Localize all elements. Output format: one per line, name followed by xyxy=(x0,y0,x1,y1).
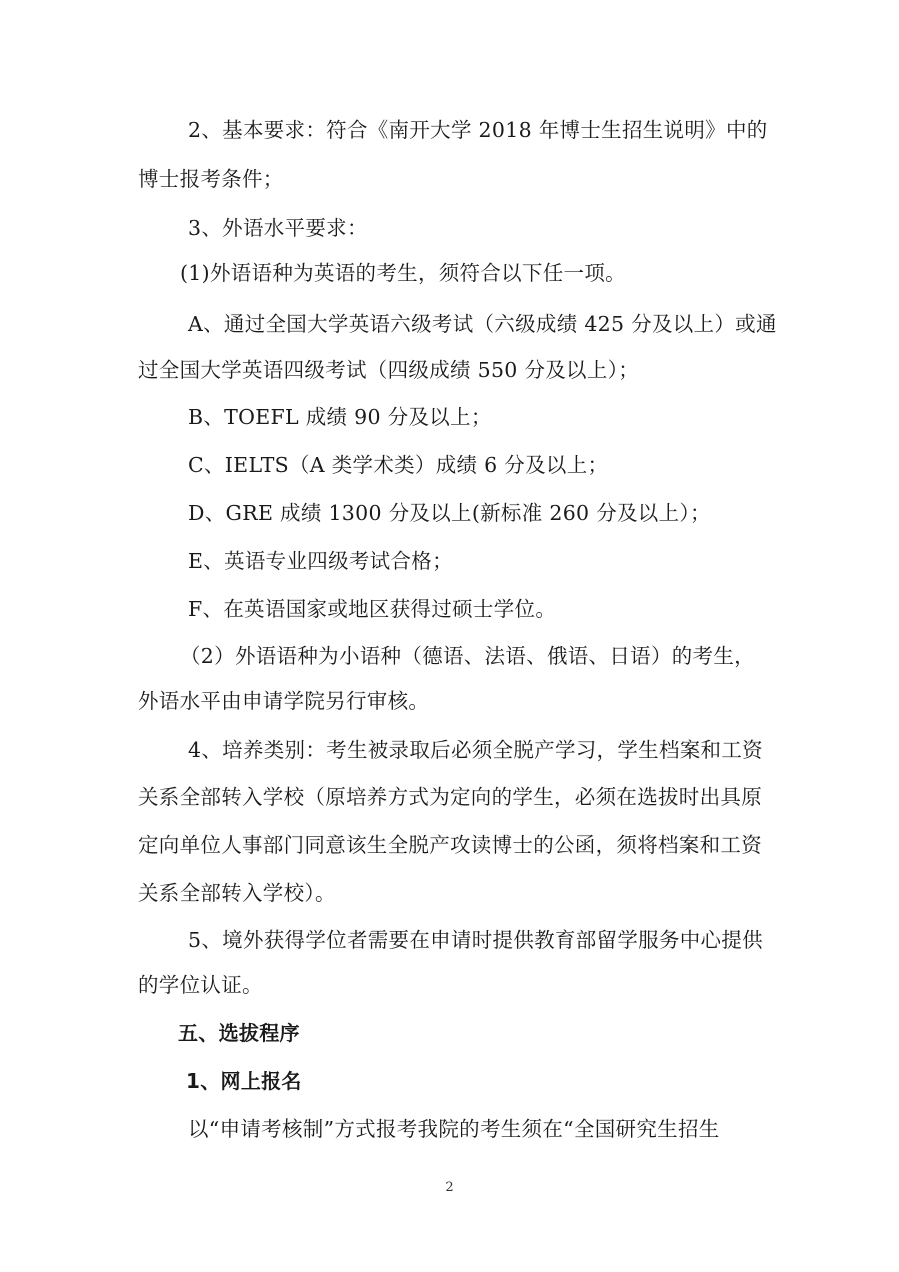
para-foreign-degree-cont: 的学位认证。 xyxy=(138,972,778,998)
para-training-type-cont-2: 定向单位人事部门同意该生全脱产攻读博士的公函，须将档案和工资 xyxy=(138,832,778,858)
item-b-toefl: B、TOEFL 成绩 90 分及以上； xyxy=(188,404,828,430)
item-d-gre: D、GRE 成绩 1300 分及以上(新标准 260 分及以上）； xyxy=(188,500,828,526)
para-foreign-degree: 5、境外获得学位者需要在申请时提供教育部留学服务中心提供 xyxy=(188,927,828,953)
item-e-tem4: E、英语专业四级考试合格； xyxy=(188,548,828,574)
para-other-languages-cont: 外语水平由申请学院另行审核。 xyxy=(138,688,778,714)
subheading-online-registration: 1、网上报名 xyxy=(186,1068,826,1094)
section-heading-selection-procedure: 五、选拔程序 xyxy=(178,1020,818,1046)
item-c-ielts: C、IELTS（A 类学术类）成绩 6 分及以上； xyxy=(188,452,828,478)
para-basic-requirements: 2、基本要求：符合《南开大学 2018 年博士生招生说明》中的 xyxy=(188,117,828,143)
para-training-type-cont-3: 关系全部转入学校）。 xyxy=(138,880,778,906)
page-number: 2 xyxy=(0,1180,899,1195)
para-training-type: 4、培养类别：考生被录取后必须全脱产学习，学生档案和工资 xyxy=(188,737,828,763)
item-a-cet-cont: 过全国大学英语四级考试（四级成绩 550 分及以上）； xyxy=(138,357,778,383)
para-english-candidates: (1)外语语种为英语的考生，须符合以下任一项。 xyxy=(180,260,820,286)
document-page: 2、基本要求：符合《南开大学 2018 年博士生招生说明》中的 博士报考条件； … xyxy=(0,0,899,1272)
item-f-masters-abroad: F、在英语国家或地区获得过硕士学位。 xyxy=(188,596,828,622)
para-language-requirements: 3、外语水平要求： xyxy=(188,215,828,241)
para-training-type-cont-1: 关系全部转入学校（原培养方式为定向的学生，必须在选拔时出具原 xyxy=(138,784,778,810)
para-other-languages: （2）外语语种为小语种（德语、法语、俄语、日语）的考生， xyxy=(180,643,820,669)
para-online-registration: 以“申请考核制”方式报考我院的考生须在“全国研究生招生 xyxy=(188,1116,828,1142)
item-a-cet: A、通过全国大学英语六级考试（六级成绩 425 分及以上）或通 xyxy=(188,311,828,337)
para-basic-requirements-cont: 博士报考条件； xyxy=(138,166,778,192)
